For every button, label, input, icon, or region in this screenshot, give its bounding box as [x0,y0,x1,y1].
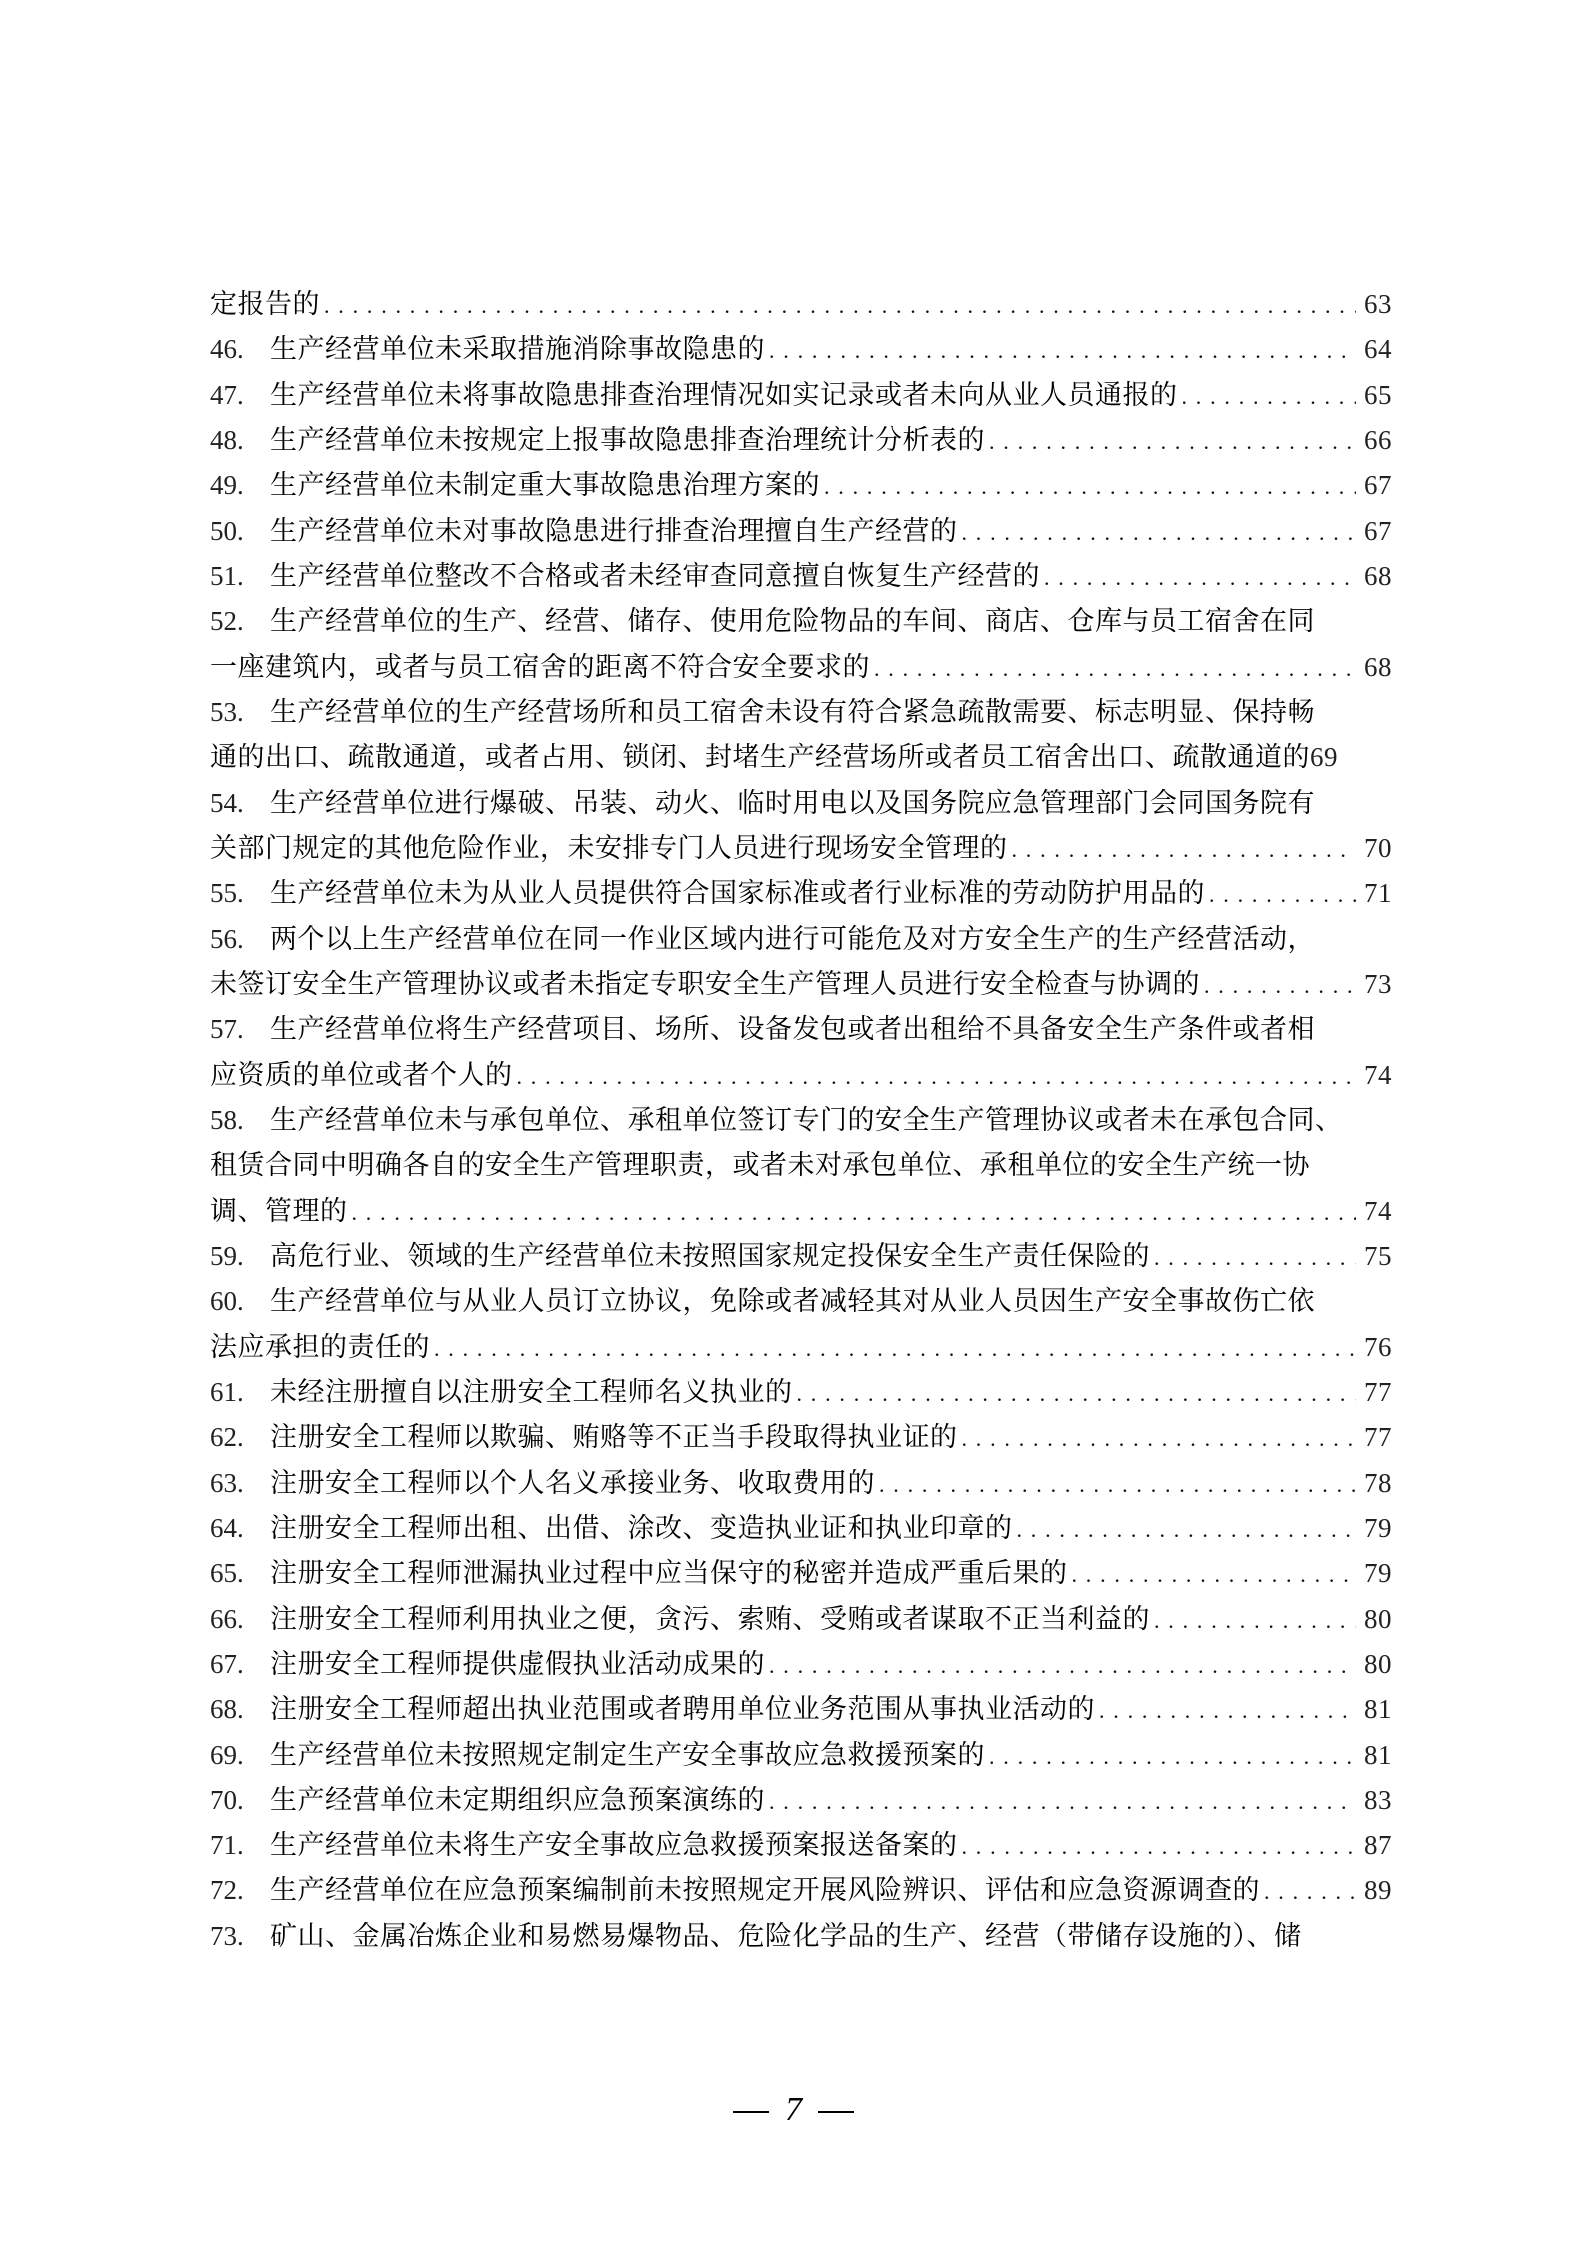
dot-leader [1044,555,1356,600]
toc-entry-number: 57. [210,1007,270,1052]
dot-leader [874,646,1356,691]
dot-leader [769,1779,1356,1824]
toc-entry[interactable]: 50.生产经营单位未对事故隐患进行排查治理擅自生产经营的67 [210,509,1392,554]
toc-entry-number: 58. [210,1098,270,1143]
toc-entry[interactable]: 73.矿山、金属冶炼企业和易燃易爆物品、危险化学品的生产、经营（带储存设施的）、… [210,1914,1392,1959]
toc-entry-text: 生产经营单位未按规定上报事故隐患排查治理统计分析表的 [270,418,985,463]
toc-entry[interactable]: 63.注册安全工程师以个人名义承接业务、收取费用的78 [210,1461,1392,1506]
toc-entry-number: 68. [210,1687,270,1732]
toc-entry-page: 81 [1362,1687,1392,1732]
toc-entry-number: 51. [210,554,270,599]
dot-leader [434,1326,1356,1371]
toc-entry[interactable]: 72.生产经营单位在应急预案编制前未按照规定开展风险辨识、评估和应急资源调查的8… [210,1868,1392,1913]
dot-leader [1209,872,1356,917]
dot-leader [352,1190,1357,1235]
toc-entry-text: 注册安全工程师利用执业之便，贪污、索贿、受贿或者谋取不正当利益的 [270,1597,1150,1642]
toc-entry[interactable]: 49.生产经营单位未制定重大事故隐患治理方案的67 [210,463,1392,508]
toc-entry[interactable]: 61.未经注册擅自以注册安全工程师名义执业的77 [210,1370,1392,1415]
toc-entry-page: 68 [1362,645,1392,690]
toc-entry-text: 未经注册擅自以注册安全工程师名义执业的 [270,1370,793,1415]
toc-entry-text: 注册安全工程师出租、出借、涂改、变造执业证和执业印章的 [270,1506,1013,1551]
dot-leader [324,283,1356,328]
toc-entry-text: 生产经营单位在应急预案编制前未按照规定开展风险辨识、评估和应急资源调查的 [270,1868,1260,1913]
toc-entry-page: 80 [1362,1597,1392,1642]
toc-entry-text: 生产经营单位未对事故隐患进行排查治理擅自生产经营的 [270,509,958,554]
toc-entry-page: 87 [1362,1823,1392,1868]
toc-entry[interactable]: 60.生产经营单位与从业人员订立协议，免除或者减轻其对从业人员因生产安全事故伤亡… [210,1279,1392,1324]
dot-leader [1154,1598,1356,1643]
toc-entry-number: 59. [210,1234,270,1279]
toc-entry[interactable]: 71.生产经营单位未将生产安全事故应急救援预案报送备案的87 [210,1823,1392,1868]
toc-entry-number: 61. [210,1370,270,1415]
dot-leader [989,419,1356,464]
em-dash-left [733,2111,769,2113]
toc-entry-text: 矿山、金属冶炼企业和易燃易爆物品、危险化学品的生产、经营（带储存设施的）、储 [270,1914,1392,1959]
toc-entry-number: 48. [210,418,270,463]
toc-entry-page: 70 [1362,826,1392,871]
toc-entry-page: 65 [1362,373,1392,418]
toc-entry-number: 73. [210,1914,270,1959]
toc-entry-number: 46. [210,327,270,372]
toc-entry-text: 生产经营单位未定期组织应急预案演练的 [270,1778,765,1823]
toc-entry-text: 生产经营单位未将生产安全事故应急救援预案报送备案的 [270,1823,958,1868]
toc-entry-text: 两个以上生产经营单位在同一作业区域内进行可能危及对方安全生产的生产经营活动， [270,917,1392,962]
dot-leader [1182,374,1357,419]
em-dash-right [818,2111,854,2113]
toc-entry[interactable]: 56.两个以上生产经营单位在同一作业区域内进行可能危及对方安全生产的生产经营活动… [210,917,1392,962]
toc-entry[interactable]: 66.注册安全工程师利用执业之便，贪污、索贿、受贿或者谋取不正当利益的80 [210,1597,1392,1642]
toc-entry-text: 生产经营单位未按照规定制定生产安全事故应急救援预案的 [270,1733,985,1778]
toc-entry-text: 未签订安全生产管理协议或者未指定专职安全生产管理人员进行安全检查与协调的 [210,962,1200,1007]
toc-entry[interactable]: 59.高危行业、领域的生产经营单位未按照国家规定投保安全生产责任保险的75 [210,1234,1392,1279]
toc-entry[interactable]: 68.注册安全工程师超出执业范围或者聘用单位业务范围从事执业活动的81 [210,1687,1392,1732]
toc-entry-text: 注册安全工程师提供虚假执业活动成果的 [270,1642,765,1687]
toc-entry-page: 64 [1362,327,1392,372]
toc-entry-page: 78 [1362,1461,1392,1506]
toc-entry-continuation[interactable]: 一座建筑内，或者与员工宿舍的距离不符合安全要求的68 [210,645,1392,690]
toc-entry-text: 注册安全工程师超出执业范围或者聘用单位业务范围从事执业活动的 [270,1687,1095,1732]
dot-leader [797,1371,1357,1416]
toc-entry-text: 生产经营单位整改不合格或者未经审查同意擅自恢复生产经营的 [270,554,1040,599]
toc-entry[interactable]: 64.注册安全工程师出租、出借、涂改、变造执业证和执业印章的79 [210,1506,1392,1551]
toc-entry-text: 注册安全工程师以个人名义承接业务、收取费用的 [270,1461,875,1506]
toc-entry-text: 调、管理的 [210,1189,348,1234]
toc-entry-page: 74 [1362,1053,1392,1098]
dot-leader [962,510,1357,555]
toc-entry-text: 法应承担的责任的 [210,1325,430,1370]
toc-entry[interactable]: 67.注册安全工程师提供虚假执业活动成果的80 [210,1642,1392,1687]
toc-entry-page: 77 [1362,1415,1392,1460]
toc-entry-text: 生产经营单位将生产经营项目、场所、设备发包或者出租给不具备安全生产条件或者相 [270,1007,1392,1052]
dot-leader [517,1054,1357,1099]
toc-entry-continuation[interactable]: 通的出口、疏散通道，或者占用、锁闭、封堵生产经营场所或者员工宿舍出口、疏散通道的… [210,735,1392,780]
toc-entry-text: 生产经营单位的生产、经营、储存、使用危险物品的车间、商店、仓库与员工宿舍在同 [270,599,1392,644]
toc-entry-number: 69. [210,1733,270,1778]
toc-entry-number: 60. [210,1279,270,1324]
toc-entry-number: 70. [210,1778,270,1823]
toc-entry-number: 66. [210,1597,270,1642]
toc-entry-continuation[interactable]: 法应承担的责任的76 [210,1325,1392,1370]
toc-entry-number: 63. [210,1461,270,1506]
toc-entry-number: 72. [210,1868,270,1913]
page-footer: 7 [0,2090,1587,2130]
dot-leader [1154,1235,1356,1280]
toc-entry-page: 89 [1362,1868,1392,1913]
toc-entry[interactable]: 62.注册安全工程师以欺骗、贿赂等不正当手段取得执业证的77 [210,1415,1392,1460]
toc-entry[interactable]: 48.生产经营单位未按规定上报事故隐患排查治理统计分析表的66 [210,418,1392,463]
toc-entry-number: 56. [210,917,270,962]
toc-entry-number: 55. [210,871,270,916]
dot-leader [1012,827,1357,872]
dot-leader [989,1734,1356,1779]
toc-entry[interactable]: 47.生产经营单位未将事故隐患排查治理情况如实记录或者未向从业人员通报的65 [210,373,1392,418]
toc-entry-text: 生产经营单位未制定重大事故隐患治理方案的 [270,463,820,508]
dot-leader [769,1643,1356,1688]
toc-entry-text: 一座建筑内，或者与员工宿舍的距离不符合安全要求的 [210,645,870,690]
toc-entry-text: 租赁合同中明确各自的安全生产管理职责，或者未对承包单位、承租单位的安全生产统一协 [210,1143,1392,1188]
toc-entry-continuation[interactable]: 租赁合同中明确各自的安全生产管理职责，或者未对承包单位、承租单位的安全生产统一协 [210,1143,1392,1188]
toc-entry-text: 生产经营单位未将事故隐患排查治理情况如实记录或者未向从业人员通报的 [270,373,1178,418]
toc-entry[interactable]: 58.生产经营单位未与承包单位、承租单位签订专门的安全生产管理协议或者未在承包合… [210,1098,1392,1143]
dot-leader [824,464,1356,509]
table-of-contents: 定报告的63 46.生产经营单位未采取措施消除事故隐患的64 47.生产经营单位… [210,282,1392,1959]
toc-entry[interactable]: 70.生产经营单位未定期组织应急预案演练的83 [210,1778,1392,1823]
toc-entry-number: 65. [210,1551,270,1596]
dot-leader [1204,963,1356,1008]
toc-entry-continuation[interactable]: 关部门规定的其他危险作业，未安排专门人员进行现场安全管理的70 [210,826,1392,871]
dot-leader [1072,1552,1357,1597]
toc-entry-number: 67. [210,1642,270,1687]
toc-entry-page: 68 [1362,554,1392,599]
dot-leader [1264,1869,1356,1914]
toc-entry-number: 47. [210,373,270,418]
toc-entry-continuation[interactable]: 应资质的单位或者个人的74 [210,1053,1392,1098]
toc-entry-continuation[interactable]: 未签订安全生产管理协议或者未指定专职安全生产管理人员进行安全检查与协调的73 [210,962,1392,1007]
toc-entry-number: 71. [210,1823,270,1868]
toc-entry-page: 79 [1362,1506,1392,1551]
toc-entry-page: 69 [1310,735,1338,780]
toc-entry-page: 74 [1362,1189,1392,1234]
toc-entry-text: 生产经营单位未采取措施消除事故隐患的 [270,327,765,372]
toc-entry-text: 注册安全工程师以欺骗、贿赂等不正当手段取得执业证的 [270,1415,958,1460]
toc-entry-page: 77 [1362,1370,1392,1415]
toc-entry-text: 高危行业、领域的生产经营单位未按照国家规定投保安全生产责任保险的 [270,1234,1150,1279]
toc-entry[interactable]: 52.生产经营单位的生产、经营、储存、使用危险物品的车间、商店、仓库与员工宿舍在… [210,599,1392,644]
toc-entry-text: 生产经营单位的生产经营场所和员工宿舍未设有符合紧急疏散需要、标志明显、保持畅 [270,690,1392,735]
toc-entry[interactable]: 54.生产经营单位进行爆破、吊装、动火、临时用电以及国务院应急管理部门会同国务院… [210,781,1392,826]
toc-entry-page: 79 [1362,1551,1392,1596]
toc-entry-text: 通的出口、疏散通道，或者占用、锁闭、封堵生产经营场所或者员工宿舍出口、疏散通道的 [210,735,1310,780]
toc-entry[interactable]: 定报告的63 [210,282,1392,327]
toc-entry-text: 生产经营单位进行爆破、吊装、动火、临时用电以及国务院应急管理部门会同国务院有 [270,781,1392,826]
toc-entry-page: 75 [1362,1234,1392,1279]
toc-entry-number: 49. [210,463,270,508]
dot-leader [1017,1507,1357,1552]
toc-entry[interactable]: 46.生产经营单位未采取措施消除事故隐患的64 [210,327,1392,372]
toc-entry-text: 生产经营单位与从业人员订立协议，免除或者减轻其对从业人员因生产安全事故伤亡依 [270,1279,1392,1324]
toc-entry-continuation[interactable]: 调、管理的74 [210,1189,1392,1234]
toc-entry-number: 52. [210,599,270,644]
toc-entry[interactable]: 69.生产经营单位未按照规定制定生产安全事故应急救援预案的81 [210,1733,1392,1778]
toc-entry-number: 50. [210,509,270,554]
toc-entry-text: 定报告的 [210,282,320,327]
toc-entry-page: 71 [1362,871,1392,916]
toc-entry[interactable]: 57.生产经营单位将生产经营项目、场所、设备发包或者出租给不具备安全生产条件或者… [210,1007,1392,1052]
page-number: 7 [785,2091,802,2128]
toc-entry-page: 67 [1362,509,1392,554]
toc-entry-text: 应资质的单位或者个人的 [210,1053,513,1098]
dot-leader [769,328,1356,373]
toc-entry-page: 80 [1362,1642,1392,1687]
toc-entry-page: 66 [1362,418,1392,463]
dot-leader [1099,1688,1356,1733]
toc-entry-page: 67 [1362,463,1392,508]
toc-entry-page: 76 [1362,1325,1392,1370]
dot-leader [962,1824,1357,1869]
toc-entry-page: 63 [1362,282,1392,327]
toc-entry-number: 53. [210,690,270,735]
dot-leader [879,1462,1356,1507]
toc-entry[interactable]: 51.生产经营单位整改不合格或者未经审查同意擅自恢复生产经营的68 [210,554,1392,599]
toc-entry-page: 73 [1362,962,1392,1007]
toc-entry-number: 62. [210,1415,270,1460]
toc-entry[interactable]: 55.生产经营单位未为从业人员提供符合国家标准或者行业标准的劳动防护用品的71 [210,871,1392,916]
toc-entry-page: 81 [1362,1733,1392,1778]
dot-leader [962,1416,1357,1461]
toc-entry-page: 83 [1362,1778,1392,1823]
toc-entry[interactable]: 65.注册安全工程师泄漏执业过程中应当保守的秘密并造成严重后果的79 [210,1551,1392,1596]
toc-entry-text: 生产经营单位未为从业人员提供符合国家标准或者行业标准的劳动防护用品的 [270,871,1205,916]
toc-entry-number: 64. [210,1506,270,1551]
toc-entry-text: 生产经营单位未与承包单位、承租单位签订专门的安全生产管理协议或者未在承包合同、 [270,1098,1392,1143]
toc-entry[interactable]: 53.生产经营单位的生产经营场所和员工宿舍未设有符合紧急疏散需要、标志明显、保持… [210,690,1392,735]
toc-entry-text: 关部门规定的其他危险作业，未安排专门人员进行现场安全管理的 [210,826,1008,871]
toc-entry-text: 注册安全工程师泄漏执业过程中应当保守的秘密并造成严重后果的 [270,1551,1068,1596]
toc-entry-number: 54. [210,781,270,826]
